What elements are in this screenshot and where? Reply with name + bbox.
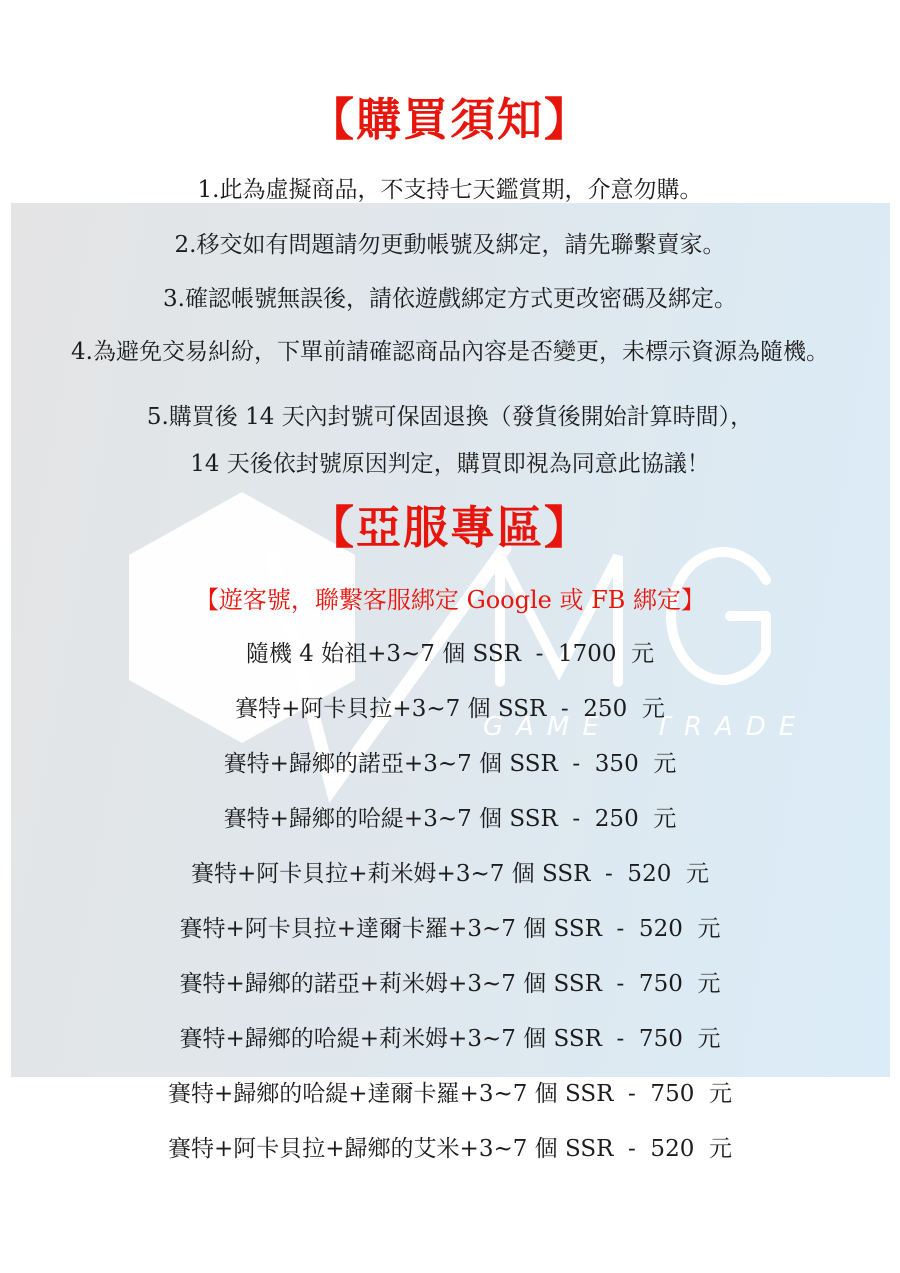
price-item: 賽特+阿卡貝拉+歸鄉的艾米+3~7 個 SSR - 520 元: [0, 1135, 900, 1163]
price-item: 賽特+阿卡貝拉+3~7 個 SSR - 250 元: [0, 695, 900, 723]
price-item: 賽特+阿卡貝拉+達爾卡羅+3~7 個 SSR - 520 元: [0, 915, 900, 943]
notice-title: 【購買須知】: [0, 94, 900, 146]
price-item: 賽特+歸鄉的哈緹+3~7 個 SSR - 250 元: [0, 805, 900, 833]
asia-server-subtitle: 【遊客號，聯繫客服綁定 Google 或 FB 綁定】: [0, 585, 900, 615]
notice-line-2: 2.移交如有問題請勿更動帳號及綁定，請先聯繫賣家。: [0, 231, 900, 259]
notice-line-5: 5.購買後 14 天內封號可保固退換（發貨後開始計算時間），: [0, 403, 900, 431]
notice-line-1: 1.此為虛擬商品，不支持七天鑑賞期，介意勿購。: [0, 176, 900, 204]
price-item: 賽特+歸鄉的諾亞+3~7 個 SSR - 350 元: [0, 750, 900, 778]
asia-server-title: 【亞服專區】: [0, 502, 900, 554]
notice-line-5-continued: 14 天後依封號原因判定，購買即視為同意此協議！: [0, 450, 900, 478]
price-item: 賽特+阿卡貝拉+莉米姆+3~7 個 SSR - 520 元: [0, 860, 900, 888]
price-item: 賽特+歸鄉的哈緹+莉米姆+3~7 個 SSR - 750 元: [0, 1025, 900, 1053]
notice-line-3: 3.確認帳號無誤後，請依遊戲綁定方式更改密碼及綁定。: [0, 285, 900, 313]
price-item: 賽特+歸鄉的諾亞+莉米姆+3~7 個 SSR - 750 元: [0, 970, 900, 998]
price-item: 隨機 4 始祖+3~7 個 SSR - 1700 元: [0, 640, 900, 668]
notice-line-4: 4.為避免交易糾紛，下單前請確認商品內容是否變更，未標示資源為隨機。: [0, 338, 900, 366]
purchase-notice-page: GAME TRADE 【購買須知】 1.此為虛擬商品，不支持七天鑑賞期，介意勿購…: [0, 0, 900, 1273]
price-item: 賽特+歸鄉的哈緹+達爾卡羅+3~7 個 SSR - 750 元: [0, 1080, 900, 1108]
